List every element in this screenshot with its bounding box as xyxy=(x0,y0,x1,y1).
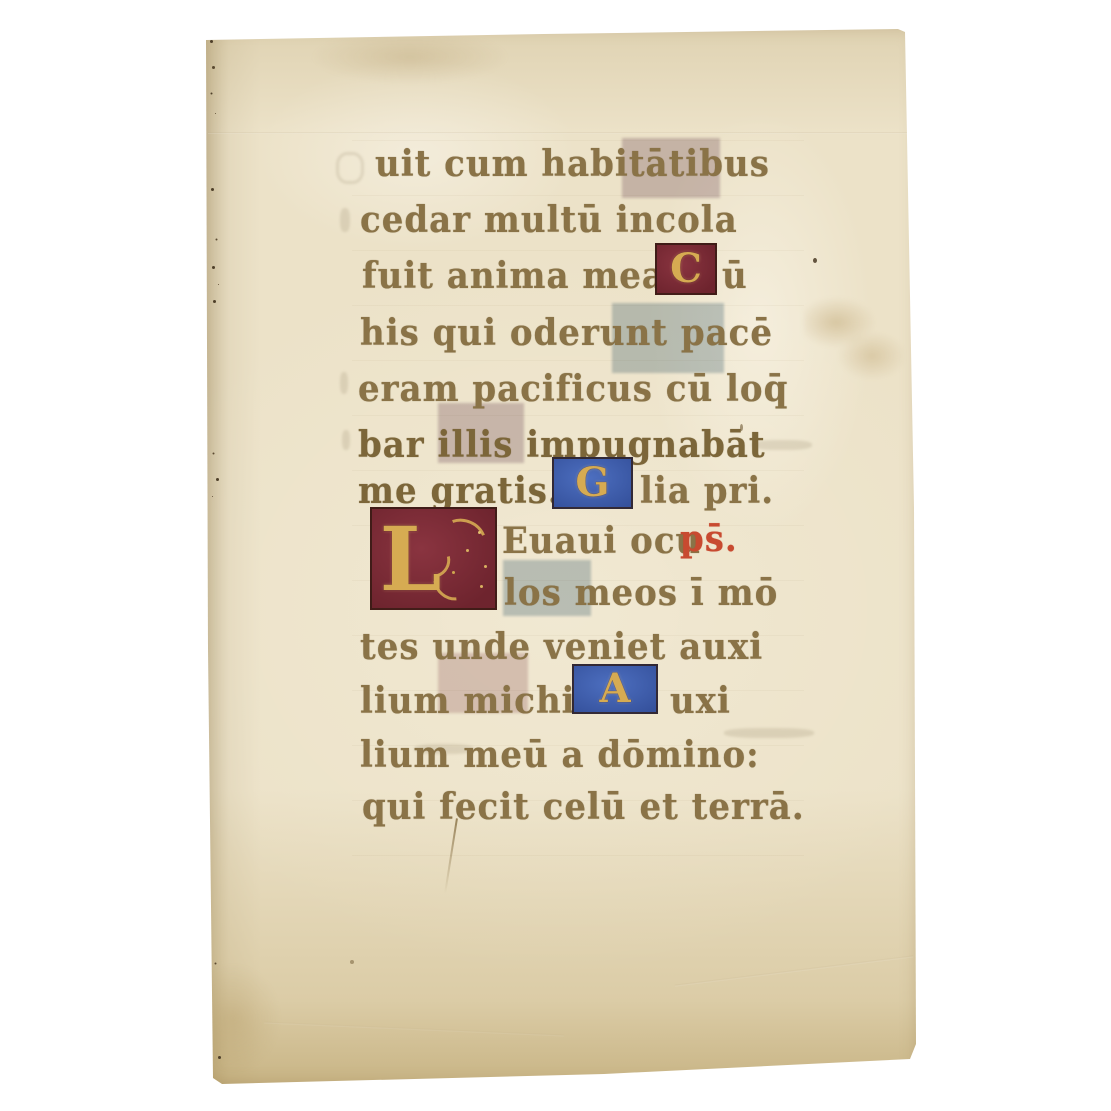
illuminated-initial-A: A xyxy=(572,664,658,714)
crease xyxy=(208,132,912,134)
stain xyxy=(804,296,904,384)
ghost-stroke xyxy=(340,208,350,232)
script-line-3: fuit anima mea xyxy=(362,255,665,298)
fleck xyxy=(350,960,354,964)
fleck xyxy=(813,258,817,263)
script-line-10: tes unde veniet auxi xyxy=(360,626,763,669)
ghost-stroke xyxy=(342,430,350,450)
stain xyxy=(206,958,296,1078)
script-line-1: uit cum habitātibus xyxy=(375,143,770,186)
script-line-7-after-initial: lia pri. xyxy=(640,470,774,513)
illuminated-initial-G: G xyxy=(552,457,633,509)
script-line-8: Euaui ocu xyxy=(502,520,701,563)
ghost-stroke xyxy=(336,152,364,184)
script-line-13: qui fecit celū et terrā. xyxy=(362,786,805,829)
manuscript-leaf: uit cum habitātibus cedar multū incola f… xyxy=(204,28,916,1084)
ghost-stroke xyxy=(340,372,348,394)
crease xyxy=(264,1021,564,1036)
gold-foliage-dots xyxy=(478,531,481,534)
script-line-11-after-initial: uxi xyxy=(670,680,731,723)
script-line-11: lium michi xyxy=(360,680,576,723)
script-line-12: lium meū a dōmino: xyxy=(360,734,760,777)
crease xyxy=(675,955,913,986)
photograph-of-manuscript-leaf: uit cum habitātibus cedar multū incola f… xyxy=(0,0,1111,1111)
script-line-4: his qui oderunt pacē xyxy=(360,312,773,355)
script-line-5: eram pacificus cū loq̄ xyxy=(358,368,788,411)
gutter-speckles xyxy=(210,40,213,43)
script-line-9: los meos ī mō xyxy=(504,572,778,615)
illuminated-initial-C: C xyxy=(655,243,717,295)
illuminated-initial-L: L xyxy=(370,507,497,610)
initial-letter: A xyxy=(599,669,630,709)
initial-letter: C xyxy=(670,249,702,289)
stain xyxy=(300,36,520,96)
script-line-3-after-initial: ū xyxy=(722,255,748,298)
rubric-psalm-mark: ps̄. xyxy=(680,518,738,561)
script-line-2: cedar multū incola xyxy=(360,199,738,242)
initial-letter: G xyxy=(575,463,609,503)
